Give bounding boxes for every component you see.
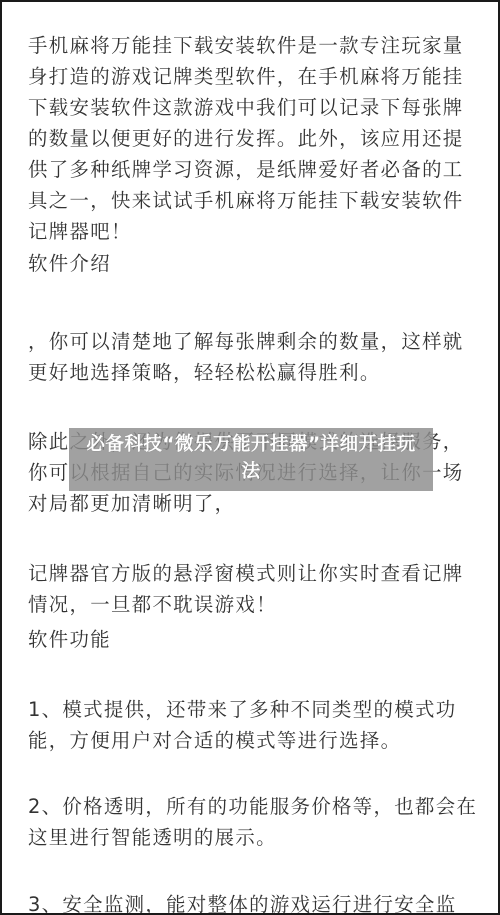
feature-item-1-line: 1、模式提供，还带来了多种不同类型的模式功 — [28, 698, 457, 722]
feature-item-3-line: 3、安全监测，能对整体的游戏运行进行安全监 — [28, 893, 457, 915]
feature-item-2-line: 这里进行智能透明的展示。 — [28, 826, 277, 850]
intro-paragraph-line: 身打造的游戏记牌类型软件，在手机麻将万能挂 — [28, 65, 464, 89]
intro-p3-line: 情况，一旦都不耽误游戏！ — [28, 593, 277, 617]
intro-p3-line: 记牌器官方版的悬浮窗模式则让你实时查看记牌 — [28, 562, 464, 586]
intro-paragraph-line: 下载安装软件这款游戏中我们可以记录下每张牌 — [28, 96, 464, 120]
section-heading-features: 软件功能 — [28, 628, 111, 652]
intro-paragraph-line: 的数量以便更好的进行发挥。此外，该应用还提 — [28, 127, 464, 151]
page-frame: 手机麻将万能挂下载安装软件是一款专注玩家量 身打造的游戏记牌类型软件，在手机麻将… — [0, 0, 500, 915]
intro-p1-line: 更好地选择策略，轻轻松松赢得胜利。 — [28, 361, 381, 385]
overlay-banner-text: 必备科技“微乐万能开挂器”详细开挂玩法 — [69, 431, 433, 485]
feature-item-2-line: 2、价格透明，所有的功能服务价格等，也都会在 — [28, 795, 477, 819]
section-heading-intro: 软件介绍 — [28, 252, 111, 276]
intro-paragraph-line: 供了多种纸牌学习资源，是纸牌爱好者必备的工 — [28, 158, 464, 182]
intro-p2-line: 对局都更加清晰明了， — [28, 492, 235, 516]
feature-item-1-line: 能，方便用户对合适的模式等进行选择。 — [28, 729, 401, 753]
intro-paragraph-line: 手机麻将万能挂下载安装软件是一款专注玩家量 — [28, 34, 464, 58]
intro-paragraph-line: 具之一，快来试试手机麻将万能挂下载安装软件 — [28, 189, 464, 213]
intro-paragraph-line: 记牌器吧！ — [28, 220, 132, 244]
intro-p1-line: ，你可以清楚地了解每张牌剩余的数量，这样就 — [28, 330, 464, 354]
